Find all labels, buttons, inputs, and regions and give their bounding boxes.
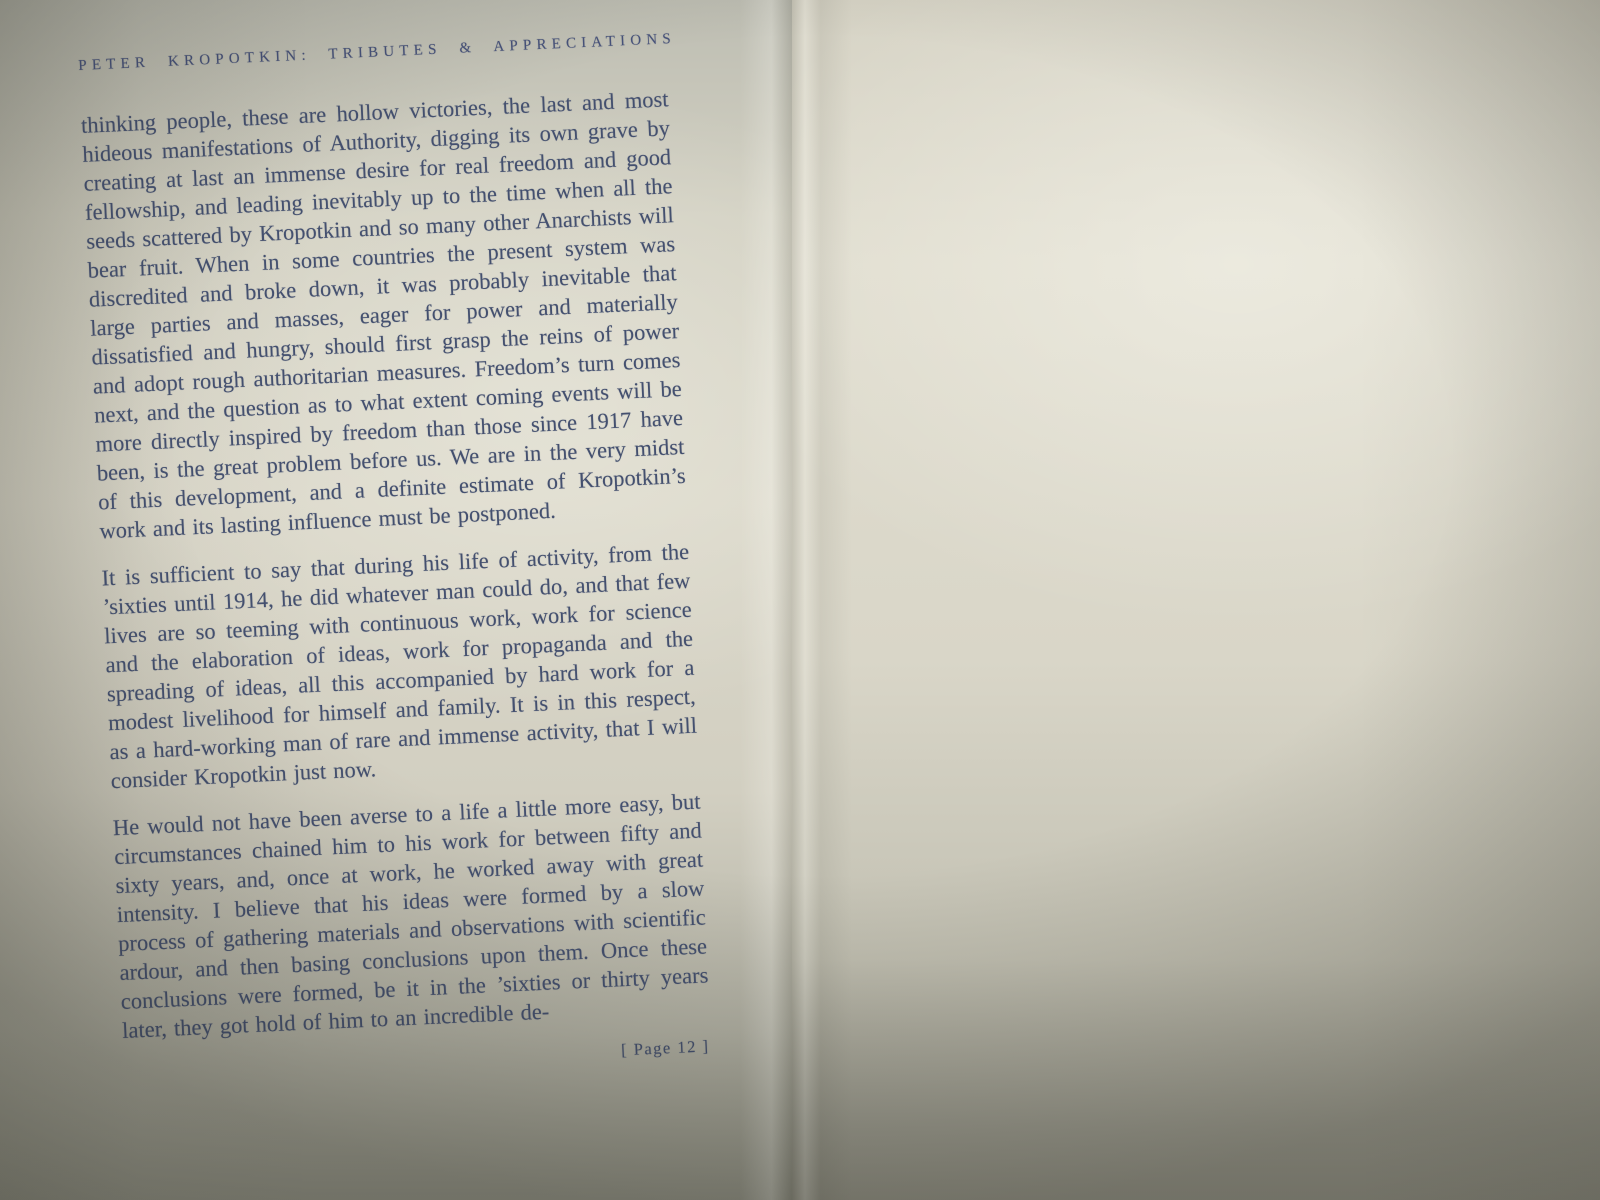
left-paragraph-3: He would not have been averse to a life …: [112, 787, 710, 1045]
left-page-number: [ Page 12 ]: [124, 1036, 712, 1083]
left-page: PETER KROPOTKIN: TRIBUTES & APPRECIATION…: [0, 0, 792, 1200]
left-page-content: PETER KROPOTKIN: TRIBUTES & APPRECIATION…: [78, 31, 712, 1083]
right-page: PETER KROPOTKIN: TRIBUTES & APPRECIATION…: [792, 0, 1600, 1200]
left-paragraph-1: thinking people, these are hollow victor…: [80, 84, 687, 545]
left-paragraph-2: It is sufficient to say that during his …: [101, 537, 699, 795]
gutter-shadow: [740, 0, 852, 1200]
left-running-header: PETER KROPOTKIN: TRIBUTES & APPRECIATION…: [78, 31, 666, 75]
open-book-photo: PETER KROPOTKIN: TRIBUTES & APPRECIATION…: [0, 0, 1600, 1200]
